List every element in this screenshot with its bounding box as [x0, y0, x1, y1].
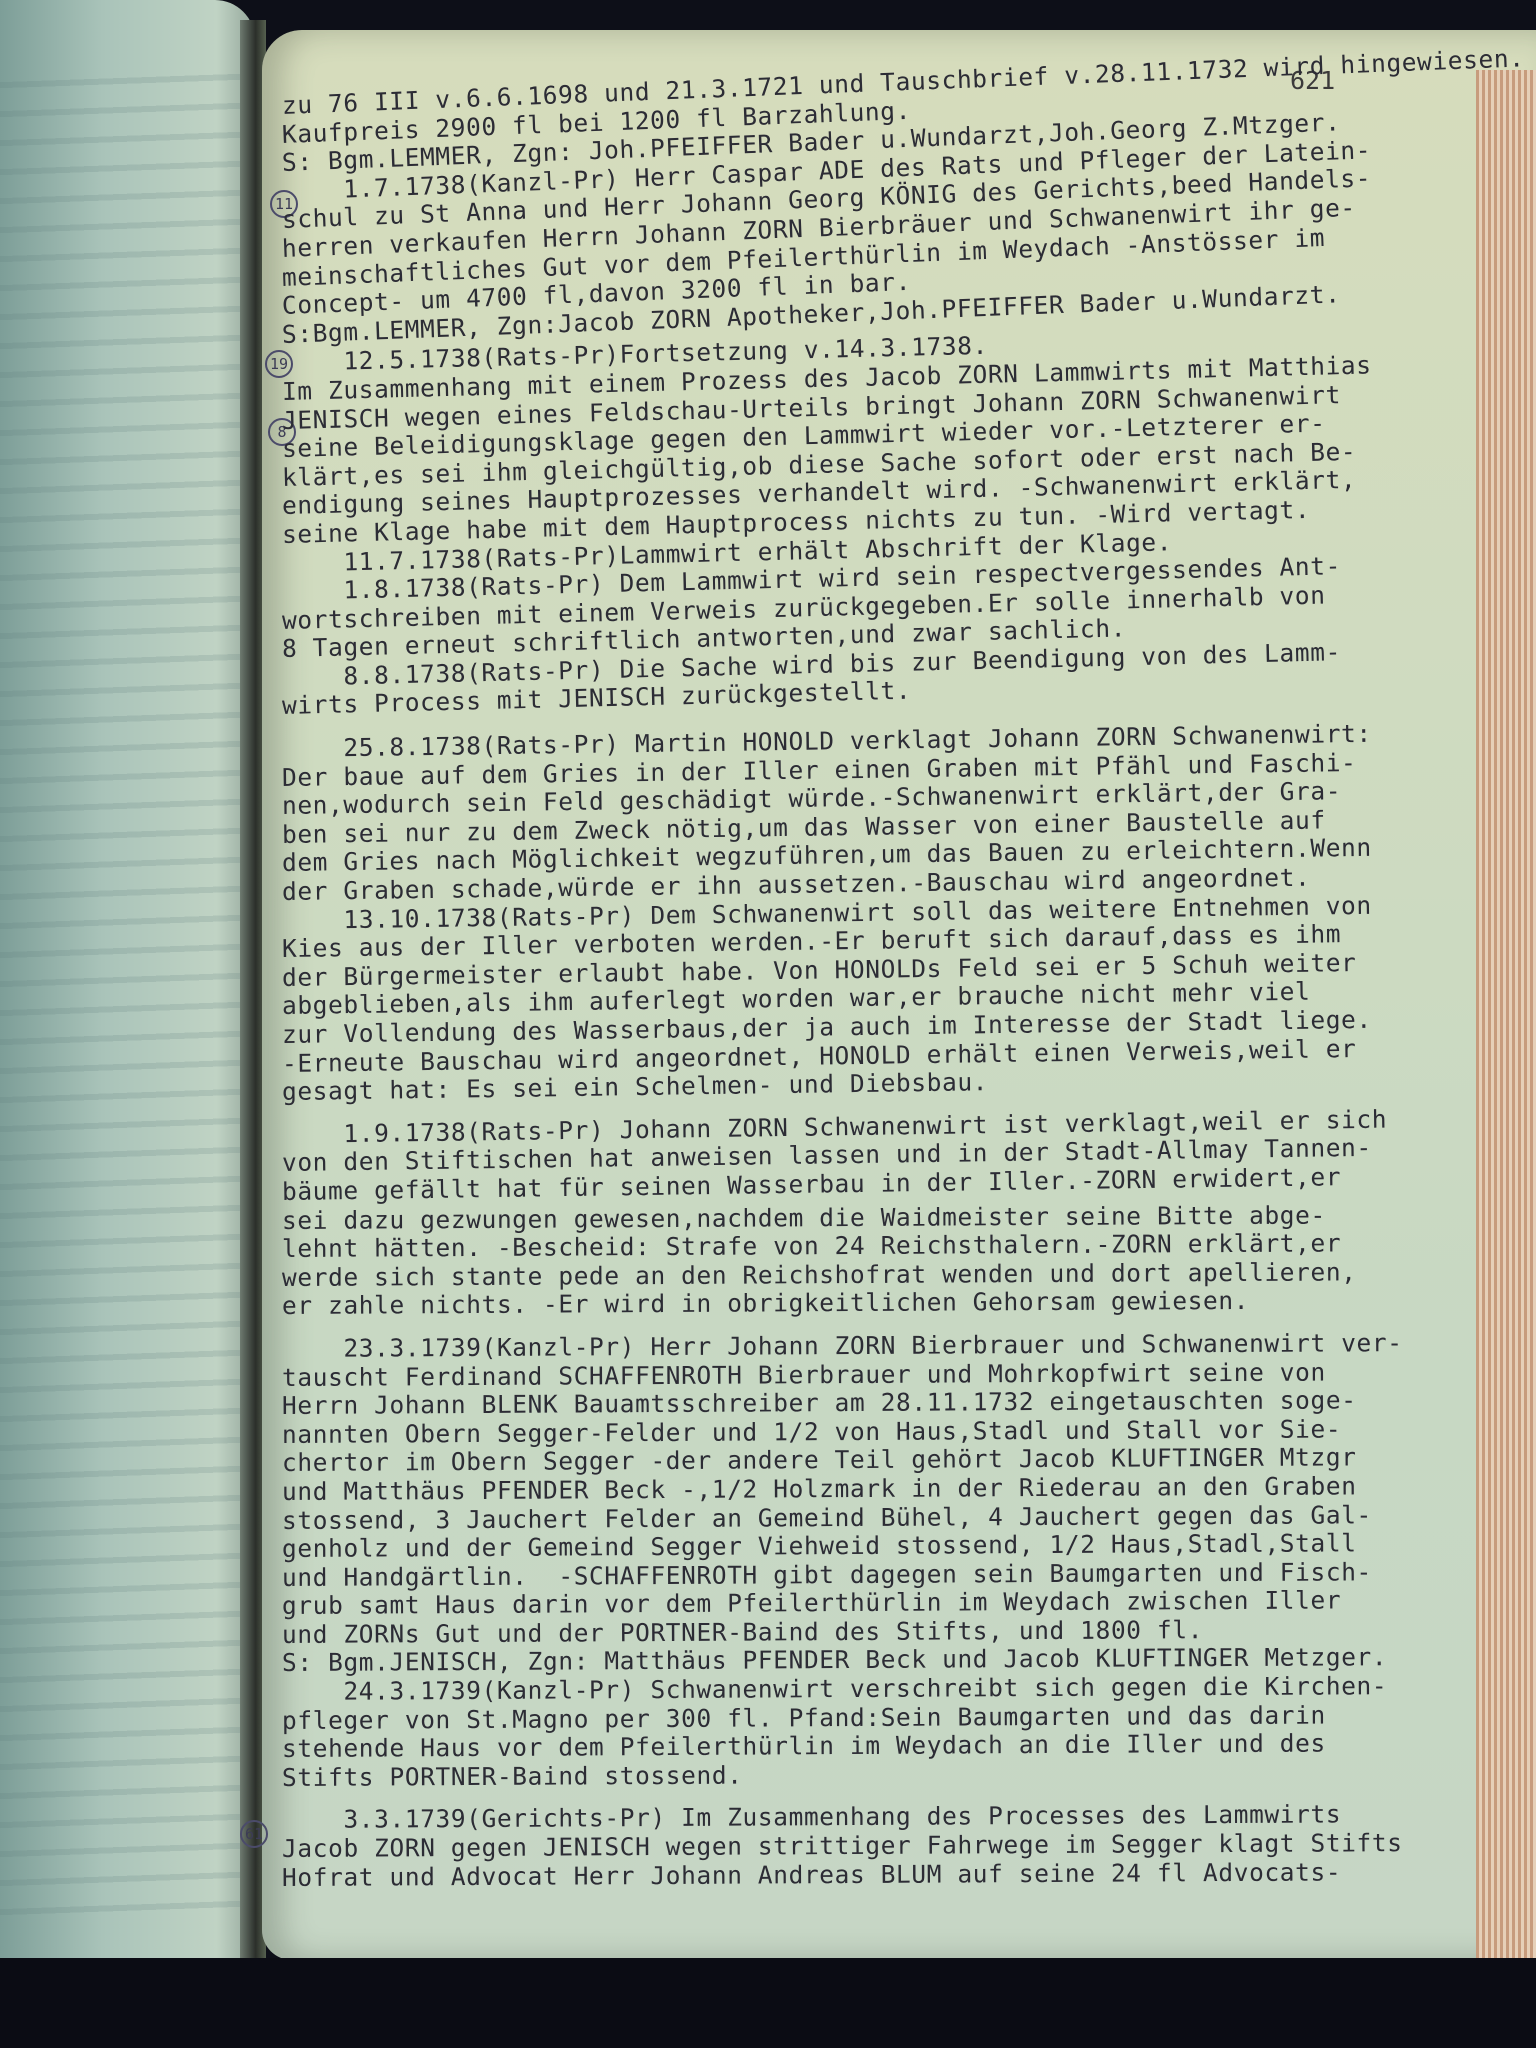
mirrored-text-ghost — [0, 56, 240, 1924]
text-line: Hofrat und Advocat Herr Johann Andreas B… — [282, 1857, 1522, 1892]
text-line: er zahle nichts. -Er wird in obrigkeitli… — [282, 1286, 1522, 1321]
typewritten-text: zu 76 III v.6.6.1698 und 21.3.1721 und T… — [282, 92, 1522, 1892]
margin-note-circled: 61 — [240, 1820, 268, 1848]
left-page-bleedthrough — [0, 0, 255, 1960]
text-line: Stifts PORTNER-Baind stossend. — [282, 1757, 1522, 1792]
desk-background — [0, 1958, 1536, 2048]
